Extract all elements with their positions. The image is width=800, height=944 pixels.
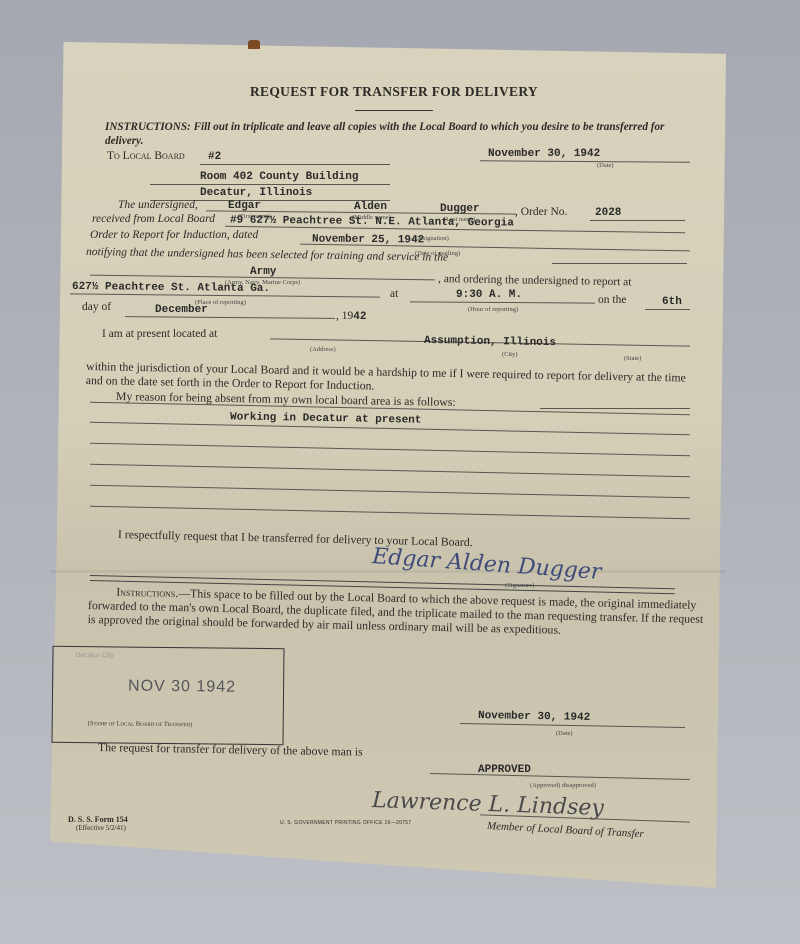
- rule: [540, 408, 690, 409]
- to-local-board-label: To Local Board: [107, 150, 185, 162]
- order-dated-label: Order to Report for Induction, dated: [90, 229, 258, 241]
- order-no-value: 2028: [595, 207, 621, 219]
- year-suffix: 42: [353, 311, 366, 323]
- at-label: at: [390, 288, 398, 300]
- board-address-line1: Room 402 County Building: [200, 171, 358, 183]
- stamp-date: NOV 30 1942: [128, 678, 236, 697]
- order-no-label: , Order No.: [515, 206, 567, 218]
- hour-caption: (Hour of reporting): [468, 306, 518, 313]
- undersigned-label: The undersigned,: [118, 199, 198, 211]
- city-state-value: Assumption, Illinois: [424, 335, 556, 349]
- day-of-label: day of: [82, 301, 111, 313]
- month-value: December: [155, 304, 208, 316]
- decision-date-caption: (Date): [556, 730, 573, 737]
- state-caption: (State): [624, 355, 641, 362]
- form-effective: (Effective 5/2/41): [76, 824, 126, 832]
- form-title: REQUEST FOR TRANSFER FOR DELIVERY: [250, 84, 538, 100]
- rule: [645, 309, 690, 310]
- board-stamp-box: Decatur City NOV 30 1942 (Stamp of Local…: [51, 646, 284, 745]
- received-from-label: received from Local Board: [92, 213, 215, 225]
- decision-date: November 30, 1942: [478, 710, 590, 724]
- on-the-label: on the: [598, 294, 626, 306]
- title-rule: [355, 110, 433, 111]
- address-caption: (Address): [310, 346, 336, 353]
- hour-of-reporting: 9:30 A. M.: [456, 289, 522, 301]
- form-number: D. S. S. Form 154: [68, 815, 128, 824]
- year-prefix-text: , 19: [336, 310, 353, 322]
- decision-caption: (Approved) disapproved): [530, 782, 596, 789]
- day-value: 6th: [662, 296, 682, 308]
- city-caption: (City): [502, 351, 518, 358]
- board-instructions-label: Instructions.: [116, 585, 178, 600]
- rule: [552, 263, 687, 264]
- date-caption: (Date): [597, 162, 614, 169]
- rule: [590, 220, 685, 221]
- stamp-faint-text: Decatur City: [75, 652, 114, 659]
- stamp-caption: (Stamp of Local Board of Transfer): [88, 720, 193, 728]
- board-address-line2: Decatur, Illinois: [200, 187, 312, 199]
- to-local-board-value: #2: [208, 151, 221, 163]
- paper-tear: [248, 40, 260, 49]
- printer-line: U. S. GOVERNMENT PRINTING OFFICE 16—2075…: [280, 820, 411, 826]
- rule: [200, 164, 390, 165]
- rule: [150, 184, 390, 185]
- location-label: I am at present located at: [102, 328, 217, 340]
- year-prefix: , 1942: [336, 310, 366, 323]
- paper-fold: [50, 570, 726, 573]
- form-date: November 30, 1942: [488, 148, 600, 160]
- form-instructions: INSTRUCTIONS: Fill out in triplicate and…: [105, 120, 705, 148]
